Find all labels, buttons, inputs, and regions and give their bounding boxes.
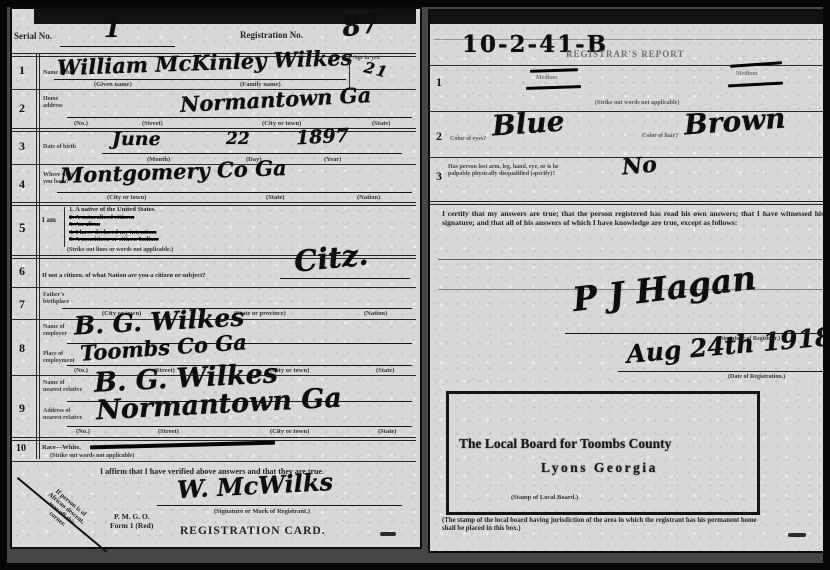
row8-number: 8 xyxy=(19,341,25,356)
report-row2-number: 2 xyxy=(436,129,442,144)
cap-rel-state: (State) xyxy=(378,428,396,435)
top-edge-band-right xyxy=(430,11,828,24)
ditto-mark-left-bottom xyxy=(526,85,581,89)
cap-rel-city: (City or town) xyxy=(270,428,309,435)
row9-label1-l2: nearest relative xyxy=(43,387,82,393)
row10-number: 10 xyxy=(16,443,26,454)
birth-line xyxy=(102,153,402,154)
row5-brace-line xyxy=(64,207,65,247)
registration-card-title: REGISTRATION CARD. xyxy=(180,525,326,537)
serial-no-label: Serial No. xyxy=(14,31,52,41)
report-row1-number: 1 xyxy=(436,75,442,90)
row2-divider xyxy=(12,128,416,132)
cap-rel-no: (No.) xyxy=(76,428,90,435)
cap-street: (Street) xyxy=(142,120,163,127)
registration-no-value: 87 xyxy=(340,8,382,44)
row1-word-left: Medium xyxy=(536,75,558,81)
birth-month-value: June xyxy=(112,128,161,150)
registration-card-page: Serial No. 1 Registration No. 87 1 Name … xyxy=(10,7,422,549)
hair-value: Brown xyxy=(683,101,787,141)
row2-label-l1: Home xyxy=(43,96,58,102)
registrant-signature-line xyxy=(157,505,402,506)
race-strikeout-mark xyxy=(90,441,275,449)
stamp-caption: (Stamp of Local Board.) xyxy=(511,494,578,501)
form-id-line2: Form 1 (Red) xyxy=(110,521,153,530)
citizen-nation-value: Citz. xyxy=(292,237,369,279)
disqualified-label-l2: palpably physically disqualified (specif… xyxy=(448,171,555,177)
registrars-report-page: 10-2-41-B REGISTRAR'S REPORT 1 Medium Me… xyxy=(428,9,830,553)
cap-city: (City or town) xyxy=(262,120,301,127)
home-address-line xyxy=(67,117,412,118)
citizenship-item-alien: 3. An alien. xyxy=(69,221,279,229)
row9-label1-l1: Name of xyxy=(43,380,65,386)
hair-label: Color of hair? xyxy=(642,133,678,139)
row3-number: 3 xyxy=(19,139,25,154)
name-line xyxy=(54,79,346,80)
stamp-line2: Lyons Georgia xyxy=(541,460,658,476)
report-header-divider xyxy=(430,65,828,66)
ditto-mark-right-bottom xyxy=(728,82,783,87)
report-row1-note: (Strike out words not applicable) xyxy=(595,100,679,106)
row8-label1-l1: Name of xyxy=(43,324,65,330)
certification-text: I certify that my answers are true; that… xyxy=(442,209,824,227)
row2-label-l2: address xyxy=(43,103,63,109)
row7-label-l2: birthplace xyxy=(43,299,69,305)
row1-number: 1 xyxy=(19,63,25,78)
row9-divider xyxy=(12,437,416,441)
row3-label: Date of birth xyxy=(43,144,76,150)
registration-date-value: Aug 24th 1918 xyxy=(625,322,830,369)
citizenship-item-native: 1. A native of the United States. xyxy=(69,206,279,214)
eyes-value: Blue xyxy=(491,105,566,143)
eyes-label: Color of eyes? xyxy=(450,136,486,142)
disqualified-value: No xyxy=(621,152,658,181)
citizenship-item-noncitizen-indian: 5. A noncitizen or citizen Indian. xyxy=(69,236,279,244)
citizen-nation-line xyxy=(280,278,410,279)
birthplace-line xyxy=(57,192,412,193)
cap-birth-state: (State) xyxy=(266,194,284,201)
race-label: Race—White, xyxy=(42,444,81,451)
age-value: 21 xyxy=(362,58,390,81)
disqualified-label-l1: Has person lost arm, leg, hand, eye, or … xyxy=(448,164,559,170)
birthplace-value: Montgomery Co Ga xyxy=(60,155,287,188)
cap-father-nation: (Nation) xyxy=(364,310,387,317)
form-id-line1: P. M. G. O. xyxy=(114,512,150,521)
report-row3-divider xyxy=(430,201,828,205)
cap-given-name: (Given name) xyxy=(94,81,132,88)
relative-address-line xyxy=(67,426,412,427)
local-board-stamp-box: The Local Board for Toombs County Lyons … xyxy=(446,391,760,515)
row1-word-right: Medium xyxy=(736,71,758,77)
serial-no-line xyxy=(60,46,175,47)
cap-state: (State) xyxy=(372,120,390,127)
row9-label2-l2: nearest relative xyxy=(43,415,82,421)
registrars-report-title: REGISTRAR'S REPORT xyxy=(566,49,684,59)
row9-label2-l1: Address of xyxy=(43,408,70,414)
home-address-value: Normantown Ga xyxy=(179,82,371,117)
row6-number: 6 xyxy=(19,264,25,279)
row8-label2-l1: Place of xyxy=(43,351,63,357)
row10-divider xyxy=(12,461,416,462)
row7-number: 7 xyxy=(19,297,25,312)
stamp-footnote: (The stamp of the local board having jur… xyxy=(442,517,764,533)
row4-number: 4 xyxy=(19,177,25,192)
citizenship-list: 1. A native of the United States. 2. A n… xyxy=(69,206,279,244)
row6-divider xyxy=(12,287,416,288)
cap-rel-street: (Street) xyxy=(158,428,179,435)
cap-year: (Year) xyxy=(324,156,341,163)
cap-birth-city: (City or town) xyxy=(107,194,146,201)
citizenship-item-declarant: 4. I have declared my intention. xyxy=(69,229,279,237)
birth-year-value: 1897 xyxy=(295,125,349,150)
row8-label2-l2: employment xyxy=(43,358,75,364)
registration-no-label: Registration No. xyxy=(240,30,303,40)
row5-strike-note: (Strike out lines or words not applicabl… xyxy=(67,247,173,253)
corner-tear-note: If person is of African descent, tear of… xyxy=(24,475,103,548)
cap-no: (No.) xyxy=(74,120,88,127)
ditto-mark-left-top xyxy=(530,68,578,72)
row5-label: I am xyxy=(42,216,56,224)
row9-number: 9 xyxy=(19,401,25,416)
cap-emp-no: (No.) xyxy=(74,367,88,374)
row5-number: 5 xyxy=(19,220,26,236)
birth-day-value: 22 xyxy=(226,129,250,149)
stamp-line1: The Local Board for Toombs County xyxy=(459,436,671,452)
row2-number: 2 xyxy=(19,101,25,116)
registration-date-line xyxy=(618,371,823,372)
serial-no-value: 1 xyxy=(104,14,121,43)
row10-strike-note: (Strike out words not applicable) xyxy=(50,453,134,459)
cap-birth-nation: (Nation) xyxy=(357,194,380,201)
registrar-signature: P J Hagan xyxy=(570,258,758,319)
print-code-smudge-right xyxy=(788,533,806,537)
citizenship-item-naturalized: 2. A naturalized citizen. xyxy=(69,214,279,222)
except-as-follows-line1 xyxy=(438,259,824,260)
row7-label-l1: Father's xyxy=(43,292,64,298)
row6-label: If not a citizen, of what Nation are you… xyxy=(42,272,206,279)
print-code-smudge xyxy=(380,532,396,536)
document-scan: Serial No. 1 Registration No. 87 1 Name … xyxy=(0,0,830,570)
name-value: William McKinley Wilkes xyxy=(57,45,353,80)
row8-label1-l2: employer xyxy=(43,331,67,337)
report-row3-number: 3 xyxy=(436,169,442,184)
registration-date-caption: (Date of Registration.) xyxy=(728,374,785,380)
registrant-signature-caption: (Signature or Mark of Registrant.) xyxy=(214,508,310,515)
cap-emp-state: (State) xyxy=(376,367,394,374)
